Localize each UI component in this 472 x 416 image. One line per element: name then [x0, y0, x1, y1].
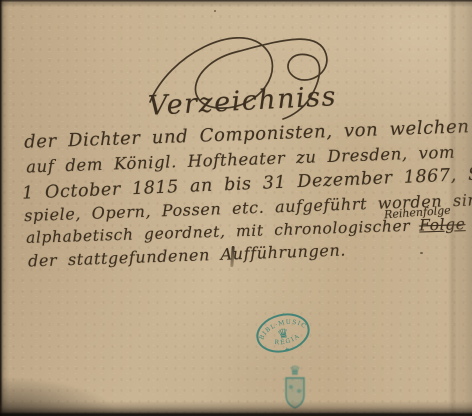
ink-speck: [420, 252, 423, 254]
crown-icon: ♛: [276, 326, 291, 343]
page-edge-shadow-top: [0, 0, 472, 7]
page-corner-shadow: [0, 376, 120, 416]
library-oval-stamp: BIBL·MUSICA REGIA ♛ ★: [251, 308, 315, 358]
star-icon: ★: [284, 346, 291, 354]
manuscript-scan-page: Verzeichniss der Dichter und Componisten…: [0, 0, 472, 416]
ink-speck: [214, 10, 216, 12]
crown-icon: ♛: [289, 364, 301, 379]
crest-stamp: ♛: [278, 360, 312, 416]
page-edge-shadow-bottom: [0, 401, 472, 416]
page-edge-shadow-left: [0, 0, 9, 416]
crest-shield: [286, 378, 304, 408]
